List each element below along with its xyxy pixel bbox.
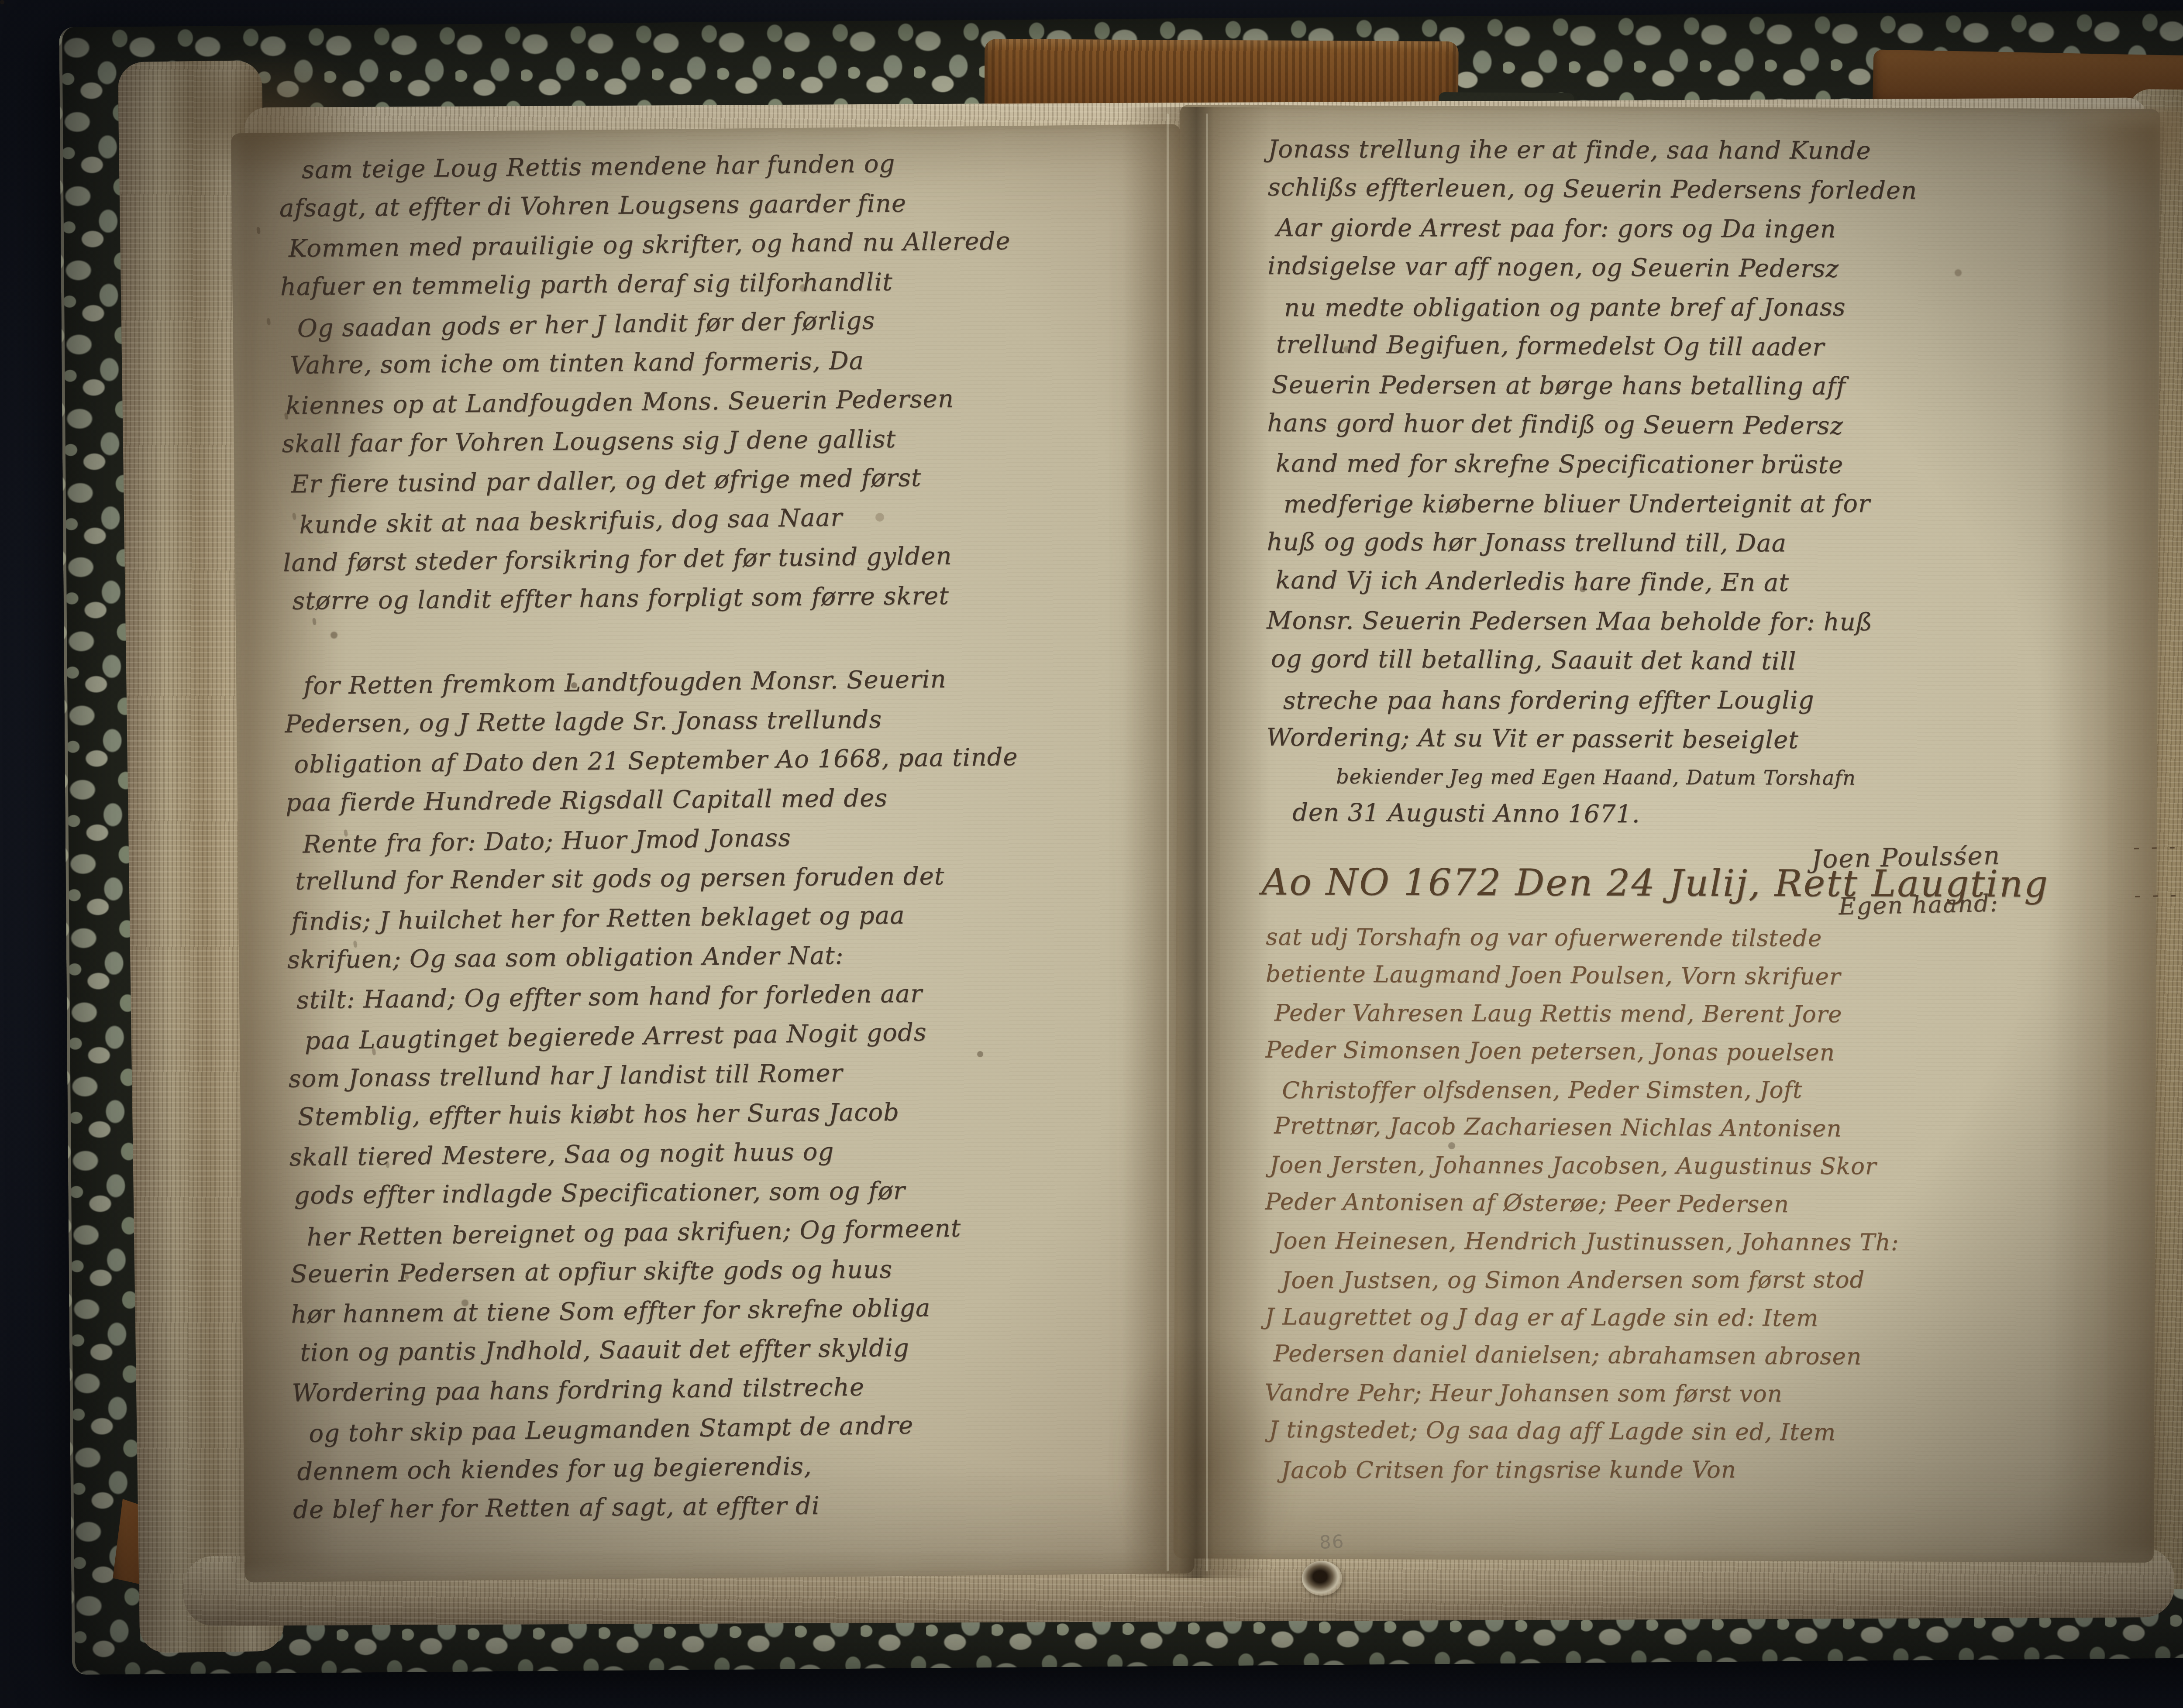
manuscript-line: Vahre, som iche om tinten kand formeris,… — [289, 339, 1150, 385]
manuscript-line: Peder Vahresen Laug Rettis mend, Berent … — [1274, 994, 2152, 1034]
manuscript-line: Pedersen, og J Rette lagde Sr. Jonass tr… — [285, 698, 1154, 744]
court-entry-1671: Jonass trellung ihe er at finde, saa han… — [1266, 130, 2154, 835]
manuscript-line: J tingstedet; Og saa dag aff Lagde sin e… — [1269, 1411, 2151, 1454]
manuscript-line: betiente Laugmand Joen Poulsen, Vorn skr… — [1266, 955, 2152, 998]
manuscript-line: Wordering; At su Vit er passerit beseigl… — [1266, 718, 2152, 762]
manuscript-line: Aar giorde Arrest paa for: gors og Da in… — [1276, 208, 2154, 250]
manuscript-line: Joen Jersten, Johannes Jacobsen, Augusti… — [1270, 1146, 2152, 1186]
manuscript-line: Pedersen daniel danielsen; abrahamsen ab… — [1274, 1335, 2151, 1378]
manuscript-line: kand Vj ich Anderledis hare finde, En at — [1275, 561, 2153, 605]
manuscript-line: bekiender Jeg med Egen Haand, Datum Tors… — [1336, 759, 2152, 797]
manuscript-line: Christoffer olfsdensen, Peder Simsten, J… — [1282, 1071, 2152, 1110]
page-edge-seam — [1167, 113, 1169, 1571]
manuscript-line: hans gord huor det findiß og Seuern Pede… — [1267, 404, 2153, 448]
photo-of-open-manuscript-book: sam teige Loug Rettis mendene har funden… — [0, 0, 2183, 1708]
manuscript-line: indsigelse var aff nogen, og Seuerin Ped… — [1267, 247, 2154, 291]
left-page-text: sam teige Loug Rettis mendene har funden… — [279, 142, 1162, 1531]
manuscript-line: for Retten fremkom Landtfougden Monsr. S… — [303, 658, 1153, 706]
manuscript-line: Seuerin Pedersen at børge hans betalling… — [1271, 365, 2153, 407]
manuscript-line: de blef her for Retten af sagt, at effte… — [293, 1484, 1162, 1530]
manuscript-line: nu medte obligation og pante bref af Jon… — [1284, 288, 2154, 328]
left-page-paragraph-1: sam teige Loug Rettis mendene har funden… — [279, 142, 1152, 622]
manuscript-line: Jonass trellung ihe er at finde, saa han… — [1268, 130, 2154, 171]
manuscript-line: skall faar for Vohren Lougsens sig J den… — [282, 418, 1151, 464]
manuscript-line: kand med for skrefne Specificationer brü… — [1276, 444, 2153, 485]
page-edge-seam — [1206, 113, 1208, 1571]
page-number: 86 — [1319, 1531, 1345, 1553]
court-entry-1672: sat udj Torshafn og var ofuerwerende til… — [1264, 918, 2152, 1490]
manuscript-line: skrifuen; Og saa som obligation Ander Na… — [287, 934, 1157, 980]
left-page-paragraph-2: for Retten fremkom Landtfougden Monsr. S… — [284, 658, 1162, 1531]
pen-dashes: - - - — [2134, 883, 2180, 907]
manuscript-line: Jacob Critsen for tingsrise kunde Von — [1281, 1450, 2151, 1489]
manuscript-line: streche paa hans fordering effter Lougli… — [1283, 680, 2153, 721]
manuscript-line: Seuerin Pedersen at opfiur skifte gods o… — [290, 1248, 1160, 1294]
manuscript-line: Peder Simonsen Joen petersen, Jonas poue… — [1265, 1031, 2152, 1074]
manuscript-line: Stemblig, effter huis kiøbt hos her Sura… — [297, 1091, 1158, 1137]
wormhole-in-paper — [1302, 1561, 1342, 1596]
signature-name: Joen Poulsśen — [1811, 828, 2161, 883]
manuscript-line: Monsr. Seuerin Pedersen Maa beholde for:… — [1267, 601, 2153, 643]
manuscript-line: Joen Justsen, og Simon Andersen som førs… — [1281, 1261, 2151, 1299]
manuscript-line: medferige kiøberne bliuer Underteignit a… — [1284, 484, 2153, 524]
manuscript-line: trellund for Render sit gods og persen f… — [295, 855, 1156, 901]
manuscript-line: Prettnør, Jacob Zachariesen Nichlas Anto… — [1274, 1107, 2152, 1150]
right-page-text: Jonass trellung ihe er at finde, saa han… — [1264, 130, 2154, 1490]
manuscript-line: Peder Antonisen af Østerøe; Peer Pederse… — [1265, 1183, 2151, 1226]
ink-specks — [0, 0, 4, 4]
pen-dashes: - - - — [2133, 835, 2178, 859]
signature-hand-note: Egen haand: — [1838, 876, 2162, 931]
signature-block: Joen Poulsśen Egen haand: - - - - - - — [1811, 828, 2162, 931]
manuscript-line: sam teige Loug Rettis mendene har funden… — [301, 142, 1148, 190]
manuscript-line: huß og gods hør Jonass trellund till, Da… — [1267, 522, 2153, 564]
manuscript-line: J Laugrettet og J dag er af Lagde sin ed… — [1265, 1298, 2151, 1338]
manuscript-line: trellund Begifuen, formedelst Og till aa… — [1276, 325, 2154, 369]
manuscript-line: større og landit effter hans forpligt so… — [292, 575, 1153, 621]
manuscript-line: afsagt, at effter di Vohren Lougsens gaa… — [279, 182, 1149, 228]
manuscript-line: Joen Heinesen, Hendrich Justinussen, Joh… — [1274, 1222, 2151, 1262]
manuscript-line: Vandre Pehr; Heur Johansen som først von — [1264, 1374, 2151, 1414]
manuscript-line: schlißs effterleuen, og Seuerin Pedersen… — [1267, 168, 2154, 212]
manuscript-line: tion og pantis Jndhold, Saauit det effte… — [300, 1327, 1160, 1372]
manuscript-line: og gord till betalling, Saauit det kand … — [1271, 639, 2153, 684]
